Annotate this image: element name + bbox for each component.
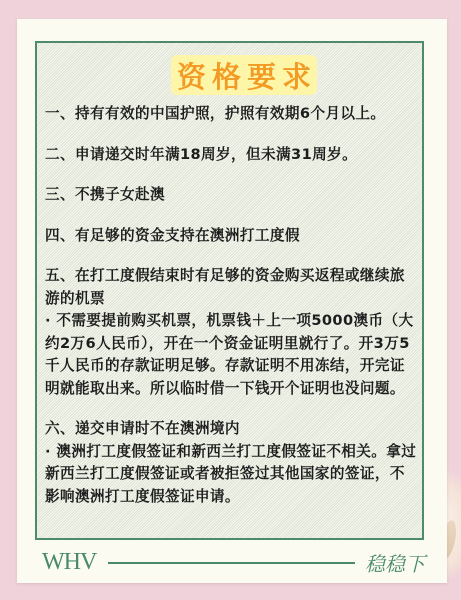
requirement-item-5-note: · 不需要提前购买机票，机票钱＋上一项5000澳币（大约2万6人民币），开在一个… xyxy=(45,310,417,400)
requirement-item-1: 一、持有有效的中国护照，护照有效期6个月以上。 xyxy=(45,103,417,126)
footer: WHV 稳稳下 xyxy=(35,549,427,575)
title-highlight: 资格要求 xyxy=(171,55,317,95)
requirement-item-3: 三、不携子女赴澳 xyxy=(45,184,417,207)
requirement-item-2: 二、申请递交时年满18周岁，但未满31周岁。 xyxy=(45,144,417,167)
requirement-item-5: 五、在打工度假结束时有足够的资金购买返程或继续旅游的机票 xyxy=(45,265,417,310)
page-title: 资格要求 xyxy=(177,55,317,96)
requirements-list: 一、持有有效的中国护照，护照有效期6个月以上。 二、申请递交时年满18周岁，但未… xyxy=(45,103,417,508)
footer-signature: 稳稳下 xyxy=(365,548,425,577)
info-card: 资格要求 一、持有有效的中国护照，护照有效期6个月以上。 二、申请递交时年满18… xyxy=(17,19,447,583)
requirement-item-6: 六、递交申请时不在澳洲境内 xyxy=(45,418,417,441)
requirement-item-4: 四、有足够的资金支持在澳洲打工度假 xyxy=(45,225,417,248)
footer-brand: WHV xyxy=(42,549,96,576)
content-frame: 资格要求 一、持有有效的中国护照，护照有效期6个月以上。 二、申请递交时年满18… xyxy=(35,41,424,540)
footer-divider xyxy=(108,562,355,564)
requirement-item-6-note: · 澳洲打工度假签证和新西兰打工度假签证不相关。拿过新西兰打工度假签证或者被拒签… xyxy=(45,441,417,509)
